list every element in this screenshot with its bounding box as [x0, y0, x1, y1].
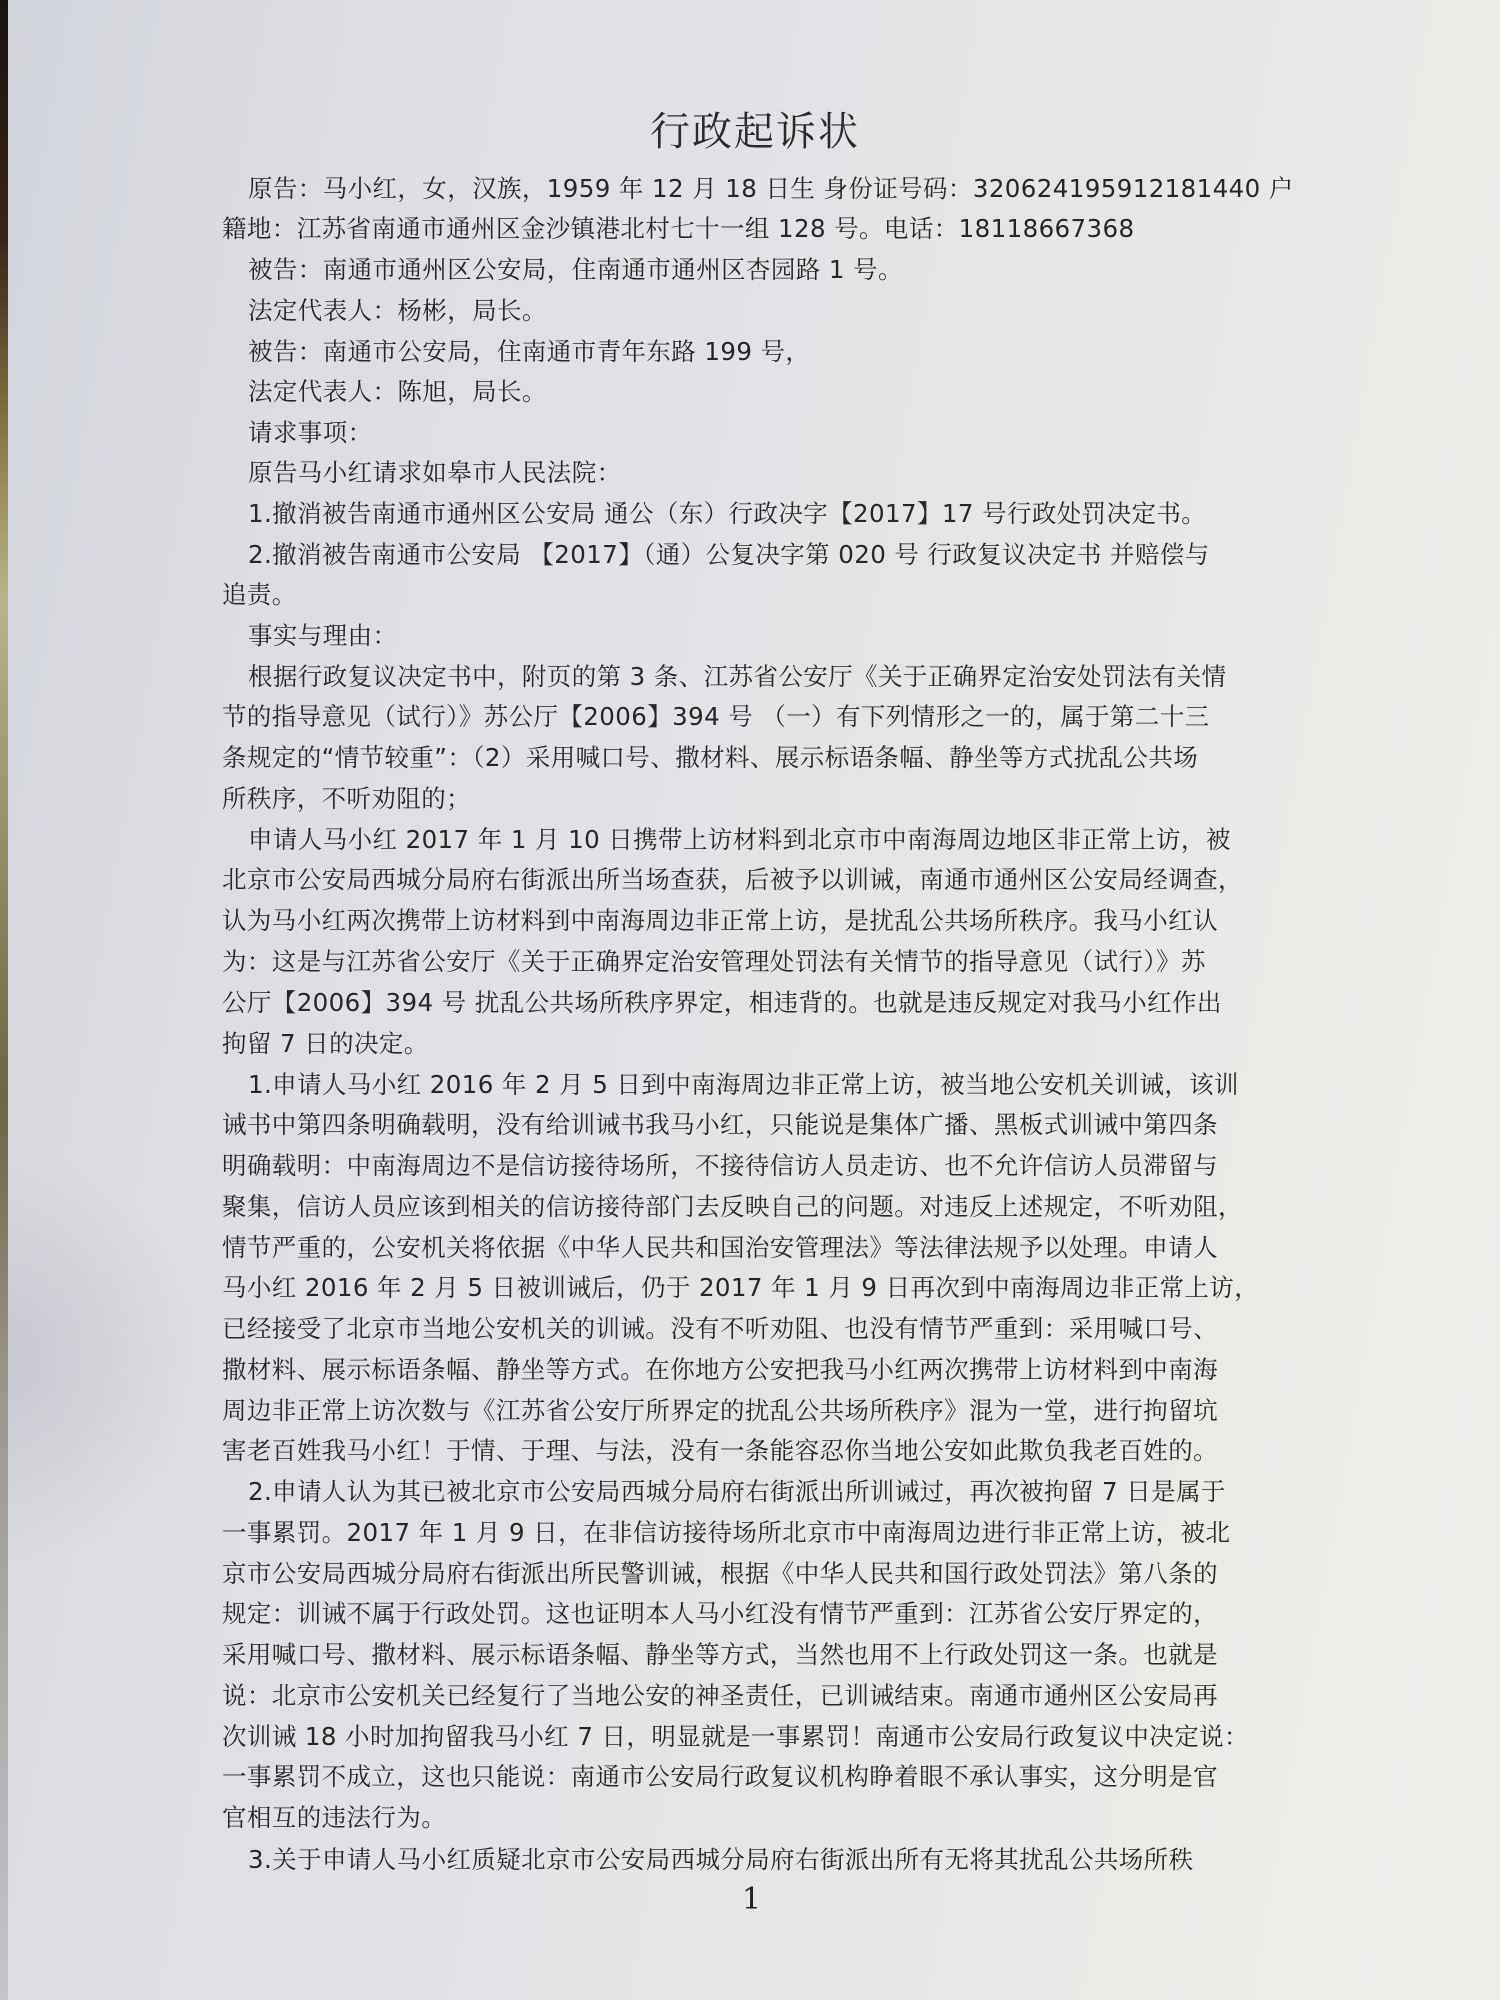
text-line: 根据行政复议决定书中，附页的第 3 条、江苏省公安厅《关于正确界定治安处罚法有关…	[248, 660, 1227, 694]
text-line: 2.撤消被告南通市公安局 【2017】（通）公复决字第 020 号 行政复议决定…	[248, 538, 1210, 572]
text-line: 认为马小红两次携带上访材料到中南海周边非正常上访，是扰乱公共场所秩序。我马小红认	[222, 904, 1218, 938]
text-line: 撒材料、展示标语条幅、静坐等方式。在你地方公安把我马小红两次携带上访材料到中南海	[222, 1353, 1218, 1387]
text-line: 明确载明：中南海周边不是信访接待场所，不接待信访人员走访、也不允许信访人员滞留与	[222, 1149, 1218, 1183]
page-number: 1	[742, 1882, 761, 1917]
text-line: 事实与理由：	[248, 619, 397, 653]
text-line: 节的指导意见（试行）》苏公厅【2006】394 号 （一）有下列情形之一的，属于…	[222, 700, 1210, 734]
text-line: 害老百姓我马小红！于情、于理、与法，没有一条能容忍你当地公安如此欺负我老百姓的。	[222, 1434, 1218, 1468]
text-line: 被告：南通市通州区公安局，住南通市通州区杏园路 1 号。	[248, 253, 903, 287]
text-line: 说：北京市公安机关已经复行了当地公安的神圣责任，已训诫结束。南通市通州区公安局再	[222, 1679, 1218, 1713]
text-line: 2.申请人认为其已被北京市公安局西城分局府右街派出所训诫过，再次被拘留 7 日是…	[248, 1475, 1226, 1509]
text-line: 马小红 2016 年 2 月 5 日被训诫后，仍于 2017 年 1 月 9 日…	[222, 1271, 1259, 1305]
text-line: 次训诫 18 小时加拘留我马小红 7 日，明显就是一事累罚！南通市公安局行政复议…	[222, 1720, 1249, 1754]
text-line: 3.关于申请人马小红质疑北京市公安局西城分局府右街派出所有无将其扰乱公共场所秩	[248, 1843, 1193, 1877]
text-line: 原告马小红请求如皋市人民法院：	[248, 456, 622, 490]
text-line: 被告：南通市公安局，住南通市青年东路 199 号，	[248, 335, 810, 369]
text-line: 为：这是与江苏省公安厅《关于正确界定治安管理处罚法有关情节的指导意见（试行）》苏	[222, 945, 1206, 979]
text-line: 周边非正常上访次数与《江苏省公安厅所界定的扰乱公共场所秩序》混为一堂，进行拘留坑	[222, 1394, 1218, 1428]
text-line: 聚集，信访人员应该到相关的信访接待部门去反映自己的问题。对违反上述规定，不听劝阻…	[222, 1190, 1243, 1224]
text-line: 请求事项：	[248, 416, 373, 450]
text-line: 申请人马小红 2017 年 1 月 10 日携带上访材料到北京市中南海周边地区非…	[248, 823, 1231, 857]
text-line: 采用喊口号、撒材料、展示标语条幅、静坐等方式，当然也用不上行政处罚这一条。也就是	[222, 1638, 1218, 1672]
text-line: 拘留 7 日的决定。	[222, 1027, 429, 1061]
text-line: 1.申请人马小红 2016 年 2 月 5 日到中南海周边非正常上访，被当地公安…	[248, 1068, 1239, 1102]
text-line: 一事累罚不成立，这也只能说：南通市公安局行政复议机构睁着眼不承认事实，这分明是官	[222, 1760, 1218, 1794]
text-line: 法定代表人：杨彬，局长。	[248, 294, 547, 328]
text-line: 规定：训诫不属于行政处罚。这也证明本人马小红没有情节严重到：江苏省公安厅界定的，	[222, 1597, 1218, 1631]
text-line: 条规定的“情节较重”：（2）采用喊口号、撒材料、展示标语条幅、静坐等方式扰乱公共…	[222, 741, 1198, 775]
text-line: 1.撤消被告南通市通州区公安局 通公（东）行政决字【2017】17 号行政处罚决…	[248, 497, 1206, 531]
text-line: 已经接受了北京市当地公安机关的训诫。没有不听劝阻、也没有情节严重到：采用喊口号、	[222, 1312, 1218, 1346]
text-line: 诫书中第四条明确载明，没有给训诫书我马小红，只能说是集体广播、黑板式训诫中第四条	[222, 1108, 1218, 1142]
text-line: 籍地：江苏省南通市通州区金沙镇港北村七十一组 128 号。电话：18118667…	[222, 212, 1135, 246]
text-line: 原告：马小红，女，汉族，1959 年 12 月 18 日生 身份证号码：3206…	[248, 172, 1294, 206]
text-line: 公厅【2006】394 号 扰乱公共场所秩序界定，相违背的。也就是违反规定对我马…	[222, 986, 1222, 1020]
document-title: 行政起诉状	[0, 100, 1500, 157]
text-line: 官相互的违法行为。	[222, 1801, 446, 1835]
text-line: 京市公安局西城分局府右街派出所民警训诫，根据《中华人民共和国行政处罚法》第八条的	[222, 1557, 1218, 1591]
text-line: 一事累罚。2017 年 1 月 9 日，在非信访接待场所北京市中南海周边进行非正…	[222, 1516, 1230, 1550]
text-line: 北京市公安局西城分局府右街派出所当场查获，后被予以训诫，南通市通州区公安局经调查…	[222, 863, 1243, 897]
text-line: 法定代表人：陈旭，局长。	[248, 375, 547, 409]
text-line: 所秩序，不听劝阻的；	[222, 782, 471, 816]
text-line: 追责。	[222, 578, 297, 612]
text-line: 情节严重的，公安机关将依据《中华人民共和国治安管理法》等法律法规予以处理。申请人	[222, 1231, 1218, 1265]
paper-shadow	[8, 1150, 208, 1570]
